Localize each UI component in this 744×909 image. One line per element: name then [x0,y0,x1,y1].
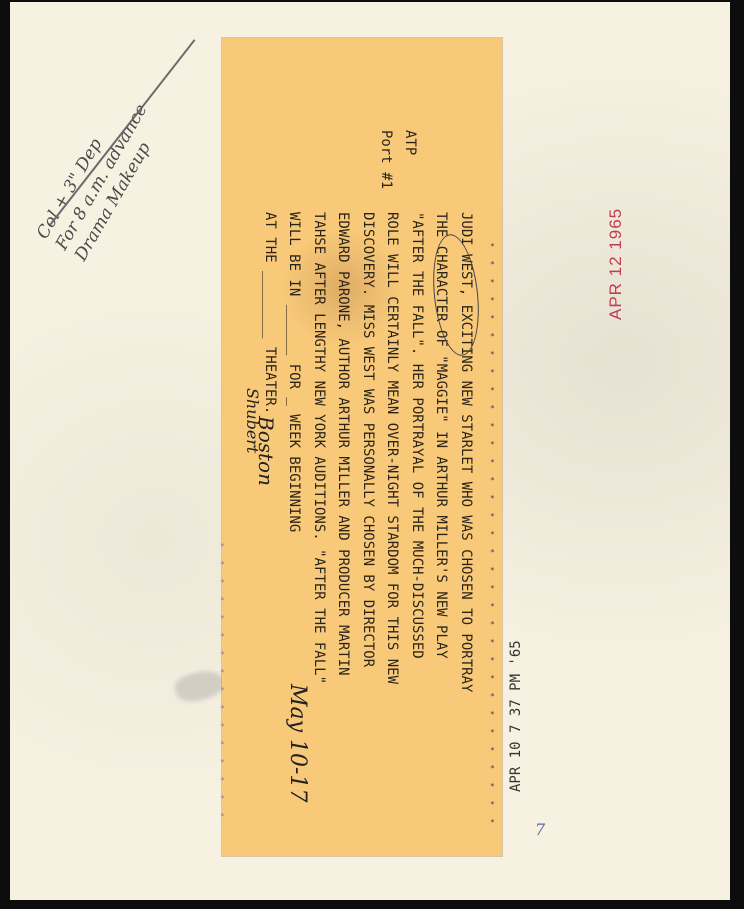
perforation-edge: ************************** [220,538,228,826]
perforation-edge: ****************************************… [490,238,498,826]
caption-line: DISCOVERY. MISS WEST WAS PERSONALLY CHOS… [356,212,381,692]
date-stamp: APR 12 1965 [606,208,626,320]
handwritten-theatre: Shubert [243,388,262,453]
caption-line: TAHSE AFTER LENGTHY NEW YORK AUDITIONS. … [307,212,332,692]
slug-line: ATP [398,130,422,189]
slug: ATP Port #1 [374,130,422,189]
corner-mark: 7 [535,820,545,839]
caption-line: EDWARD PARONE, AUTHOR ARTHUR MILLER AND … [331,212,356,692]
wire-timestamp: APR 10 7 37 PM '65 [508,640,524,792]
caption-line: WILL BE IN ______ FOR _ WEEK BEGINNING [282,212,307,692]
slug-line: Port #1 [374,130,398,189]
caption-line: ROLE WILL CERTAINLY MEAN OVER-NIGHT STAR… [380,212,405,692]
handwritten-note: Col + 3" Dep For 8 a.m. advance Drama Ma… [32,89,171,265]
caption-line: "AFTER THE FALL". HER PORTRAYAL OF THE M… [405,212,430,692]
handwritten-dates: May 10-17 [285,684,310,803]
